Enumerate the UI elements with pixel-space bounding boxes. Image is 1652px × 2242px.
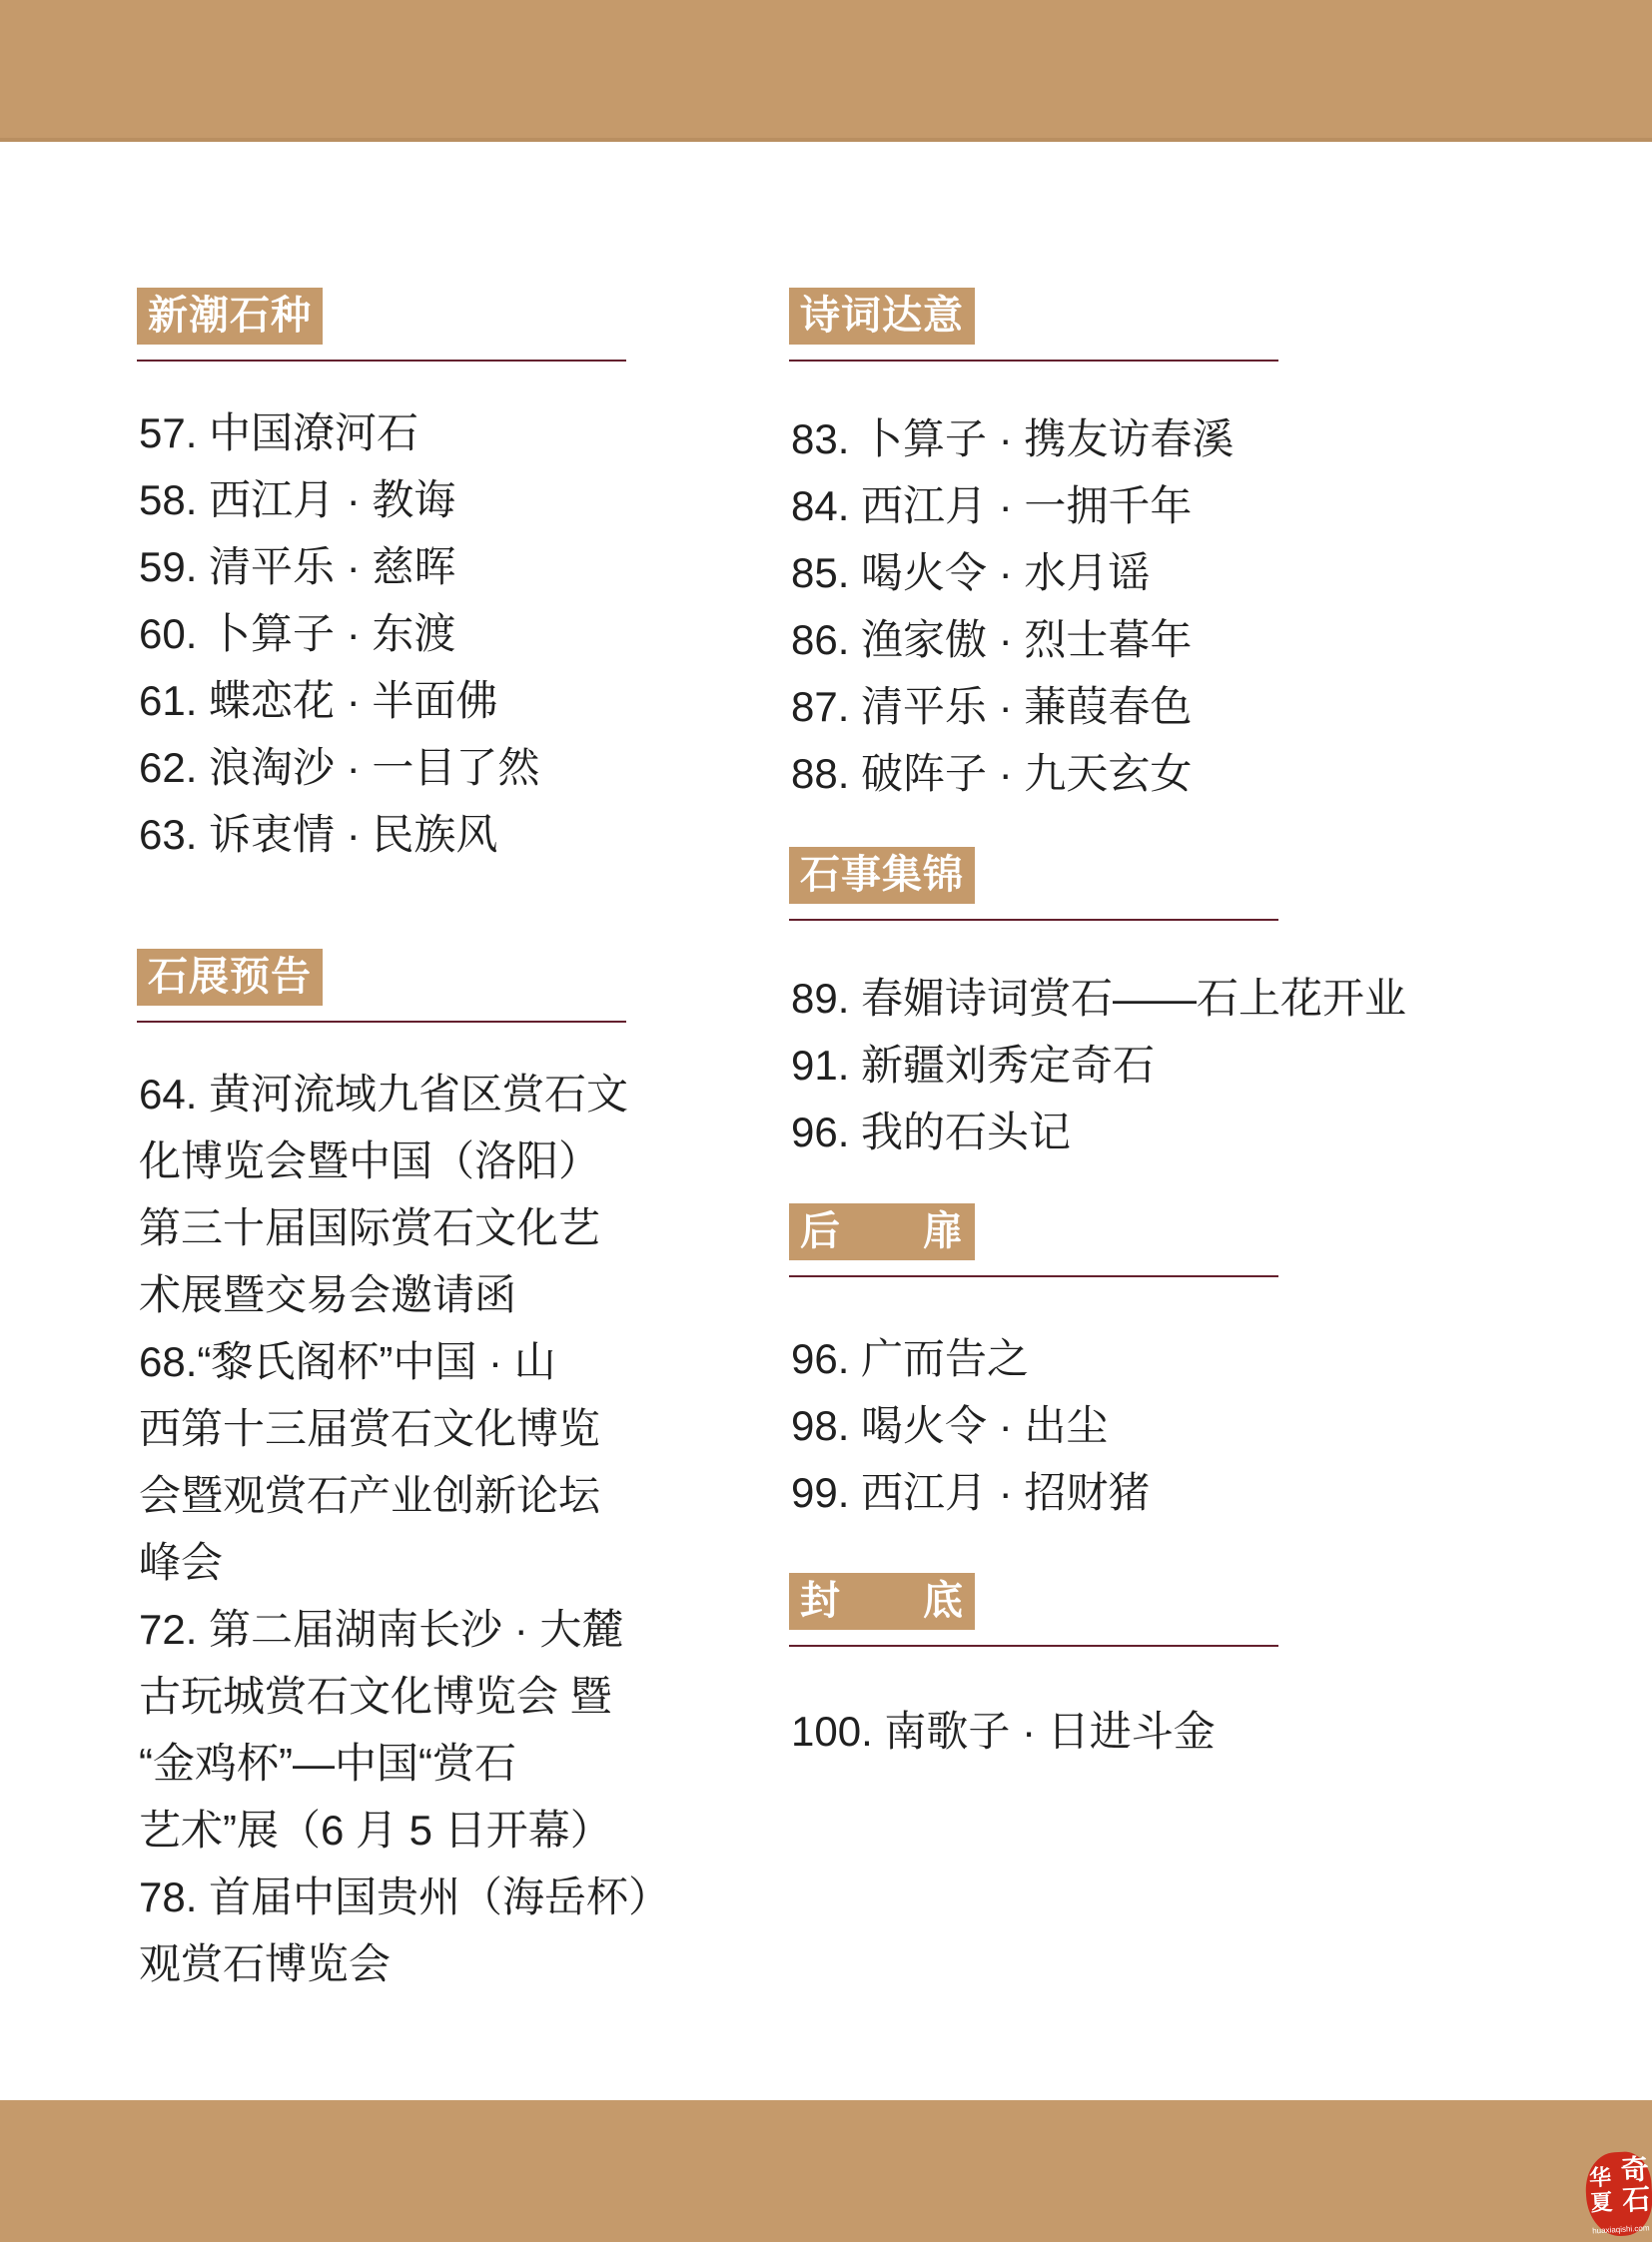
toc-entry: 83. 卜算子 · 携友访春溪 xyxy=(791,405,1234,472)
toc-entry-line: 化博览会暨中国（洛阳） xyxy=(139,1127,670,1194)
toc-entry: 87. 清平乐 · 蒹葭春色 xyxy=(791,673,1234,740)
toc-entry-line: “金鸡杯”—中国“赏石 xyxy=(139,1730,670,1797)
toc-entry: 99. 西江月 · 招财猪 xyxy=(791,1459,1150,1526)
seal-chars-left: 华夏 xyxy=(1588,2164,1613,2217)
toc-entry: 78. 首届中国贵州（海岳杯） xyxy=(139,1864,670,1930)
toc-entry: 86. 渔家傲 · 烈士暮年 xyxy=(791,606,1234,673)
section-rule xyxy=(137,1021,626,1023)
section-title-back-flyleaf: 后 扉 xyxy=(789,1203,975,1260)
section-new-stone-types: 新潮石种 57. 中国潦河石 58. 西江月 · 教诲 59. 清平乐 · 慈晖… xyxy=(137,288,626,345)
toc-entry: 89. 春媚诗词赏石——石上花开业 xyxy=(791,965,1406,1032)
toc-entry: 100. 南歌子 · 日进斗金 xyxy=(791,1698,1216,1765)
toc-entry-line: 艺术”展（6 月 5 日开幕） xyxy=(139,1797,670,1864)
section-rule xyxy=(789,1275,1278,1277)
section-title-new-stone-types: 新潮石种 xyxy=(137,288,323,345)
section-stone-news: 石事集锦 89. 春媚诗词赏石——石上花开业 91. 新疆刘秀定奇石 96. 我… xyxy=(789,847,1278,904)
toc-entry-line: 第三十届国际赏石文化艺 xyxy=(139,1194,670,1261)
section-poetry: 诗词达意 83. 卜算子 · 携友访春溪 84. 西江月 · 一拥千年 85. … xyxy=(789,288,1278,345)
toc-entry: 62. 浪淘沙 · 一目了然 xyxy=(139,734,539,801)
toc-entry: 72. 第二届湖南长沙 · 大麓 xyxy=(139,1596,670,1663)
toc-entry: 68.“黎氏阁杯”中国 · 山 xyxy=(139,1328,670,1395)
section-back-flyleaf: 后 扉 96. 广而告之 98. 喝火令 · 出尘 99. 西江月 · 招财猪 xyxy=(789,1203,1278,1260)
section-title-stone-news: 石事集锦 xyxy=(789,847,975,904)
toc-page: { "page": { "colors": { "band": "#c59a6b… xyxy=(0,0,1652,2242)
toc-entry: 59. 清平乐 · 慈晖 xyxy=(139,533,539,600)
section-back-cover: 封 底 100. 南歌子 · 日进斗金 xyxy=(789,1573,1278,1630)
section-exhibition-preview: 石展预告 64. 黄河流域九省区赏石文 化博览会暨中国（洛阳） 第三十届国际赏石… xyxy=(137,949,626,1006)
toc-entry: 96. 广而告之 xyxy=(791,1325,1150,1392)
toc-entry: 57. 中国潦河石 xyxy=(139,399,539,466)
toc-entry: 91. 新疆刘秀定奇石 xyxy=(791,1032,1406,1099)
toc-entry: 63. 诉衷情 · 民族风 xyxy=(139,801,539,868)
toc-entry-line: 峰会 xyxy=(139,1529,670,1596)
toc-entry-line: 术展暨交易会邀请函 xyxy=(139,1261,670,1328)
section-title-back-cover: 封 底 xyxy=(789,1573,975,1630)
toc-entry-line: 观赏石博览会 xyxy=(139,1930,670,1997)
toc-entry-line: 会暨观赏石产业创新论坛 xyxy=(139,1462,670,1529)
toc-entry: 60. 卜算子 · 东渡 xyxy=(139,600,539,667)
toc-entry: 85. 喝火令 · 水月谣 xyxy=(791,539,1234,606)
toc-entry-line: 古玩城赏石文化博览会 暨 xyxy=(139,1663,670,1730)
toc-entry: 98. 喝火令 · 出尘 xyxy=(791,1392,1150,1459)
toc-entry: 64. 黄河流域九省区赏石文 xyxy=(139,1061,670,1127)
toc-entry-line: 西第十三届赏石文化博览 xyxy=(139,1395,670,1462)
section-rule xyxy=(789,919,1278,921)
section-rule xyxy=(789,1645,1278,1647)
toc-entry: 58. 西江月 · 教诲 xyxy=(139,466,539,533)
toc-entry: 61. 蝶恋花 · 半面佛 xyxy=(139,667,539,734)
seal-chars-right: 奇石 xyxy=(1620,2154,1651,2215)
toc-entry: 84. 西江月 · 一拥千年 xyxy=(791,472,1234,539)
toc-entry: 96. 我的石头记 xyxy=(791,1099,1406,1165)
section-rule xyxy=(789,360,1278,362)
section-title-poetry: 诗词达意 xyxy=(789,288,975,345)
section-rule xyxy=(137,360,626,362)
section-title-exhibition-preview: 石展预告 xyxy=(137,949,323,1006)
bottom-band xyxy=(0,2100,1652,2242)
top-band xyxy=(0,0,1652,142)
toc-entry: 88. 破阵子 · 九天玄女 xyxy=(791,740,1234,807)
